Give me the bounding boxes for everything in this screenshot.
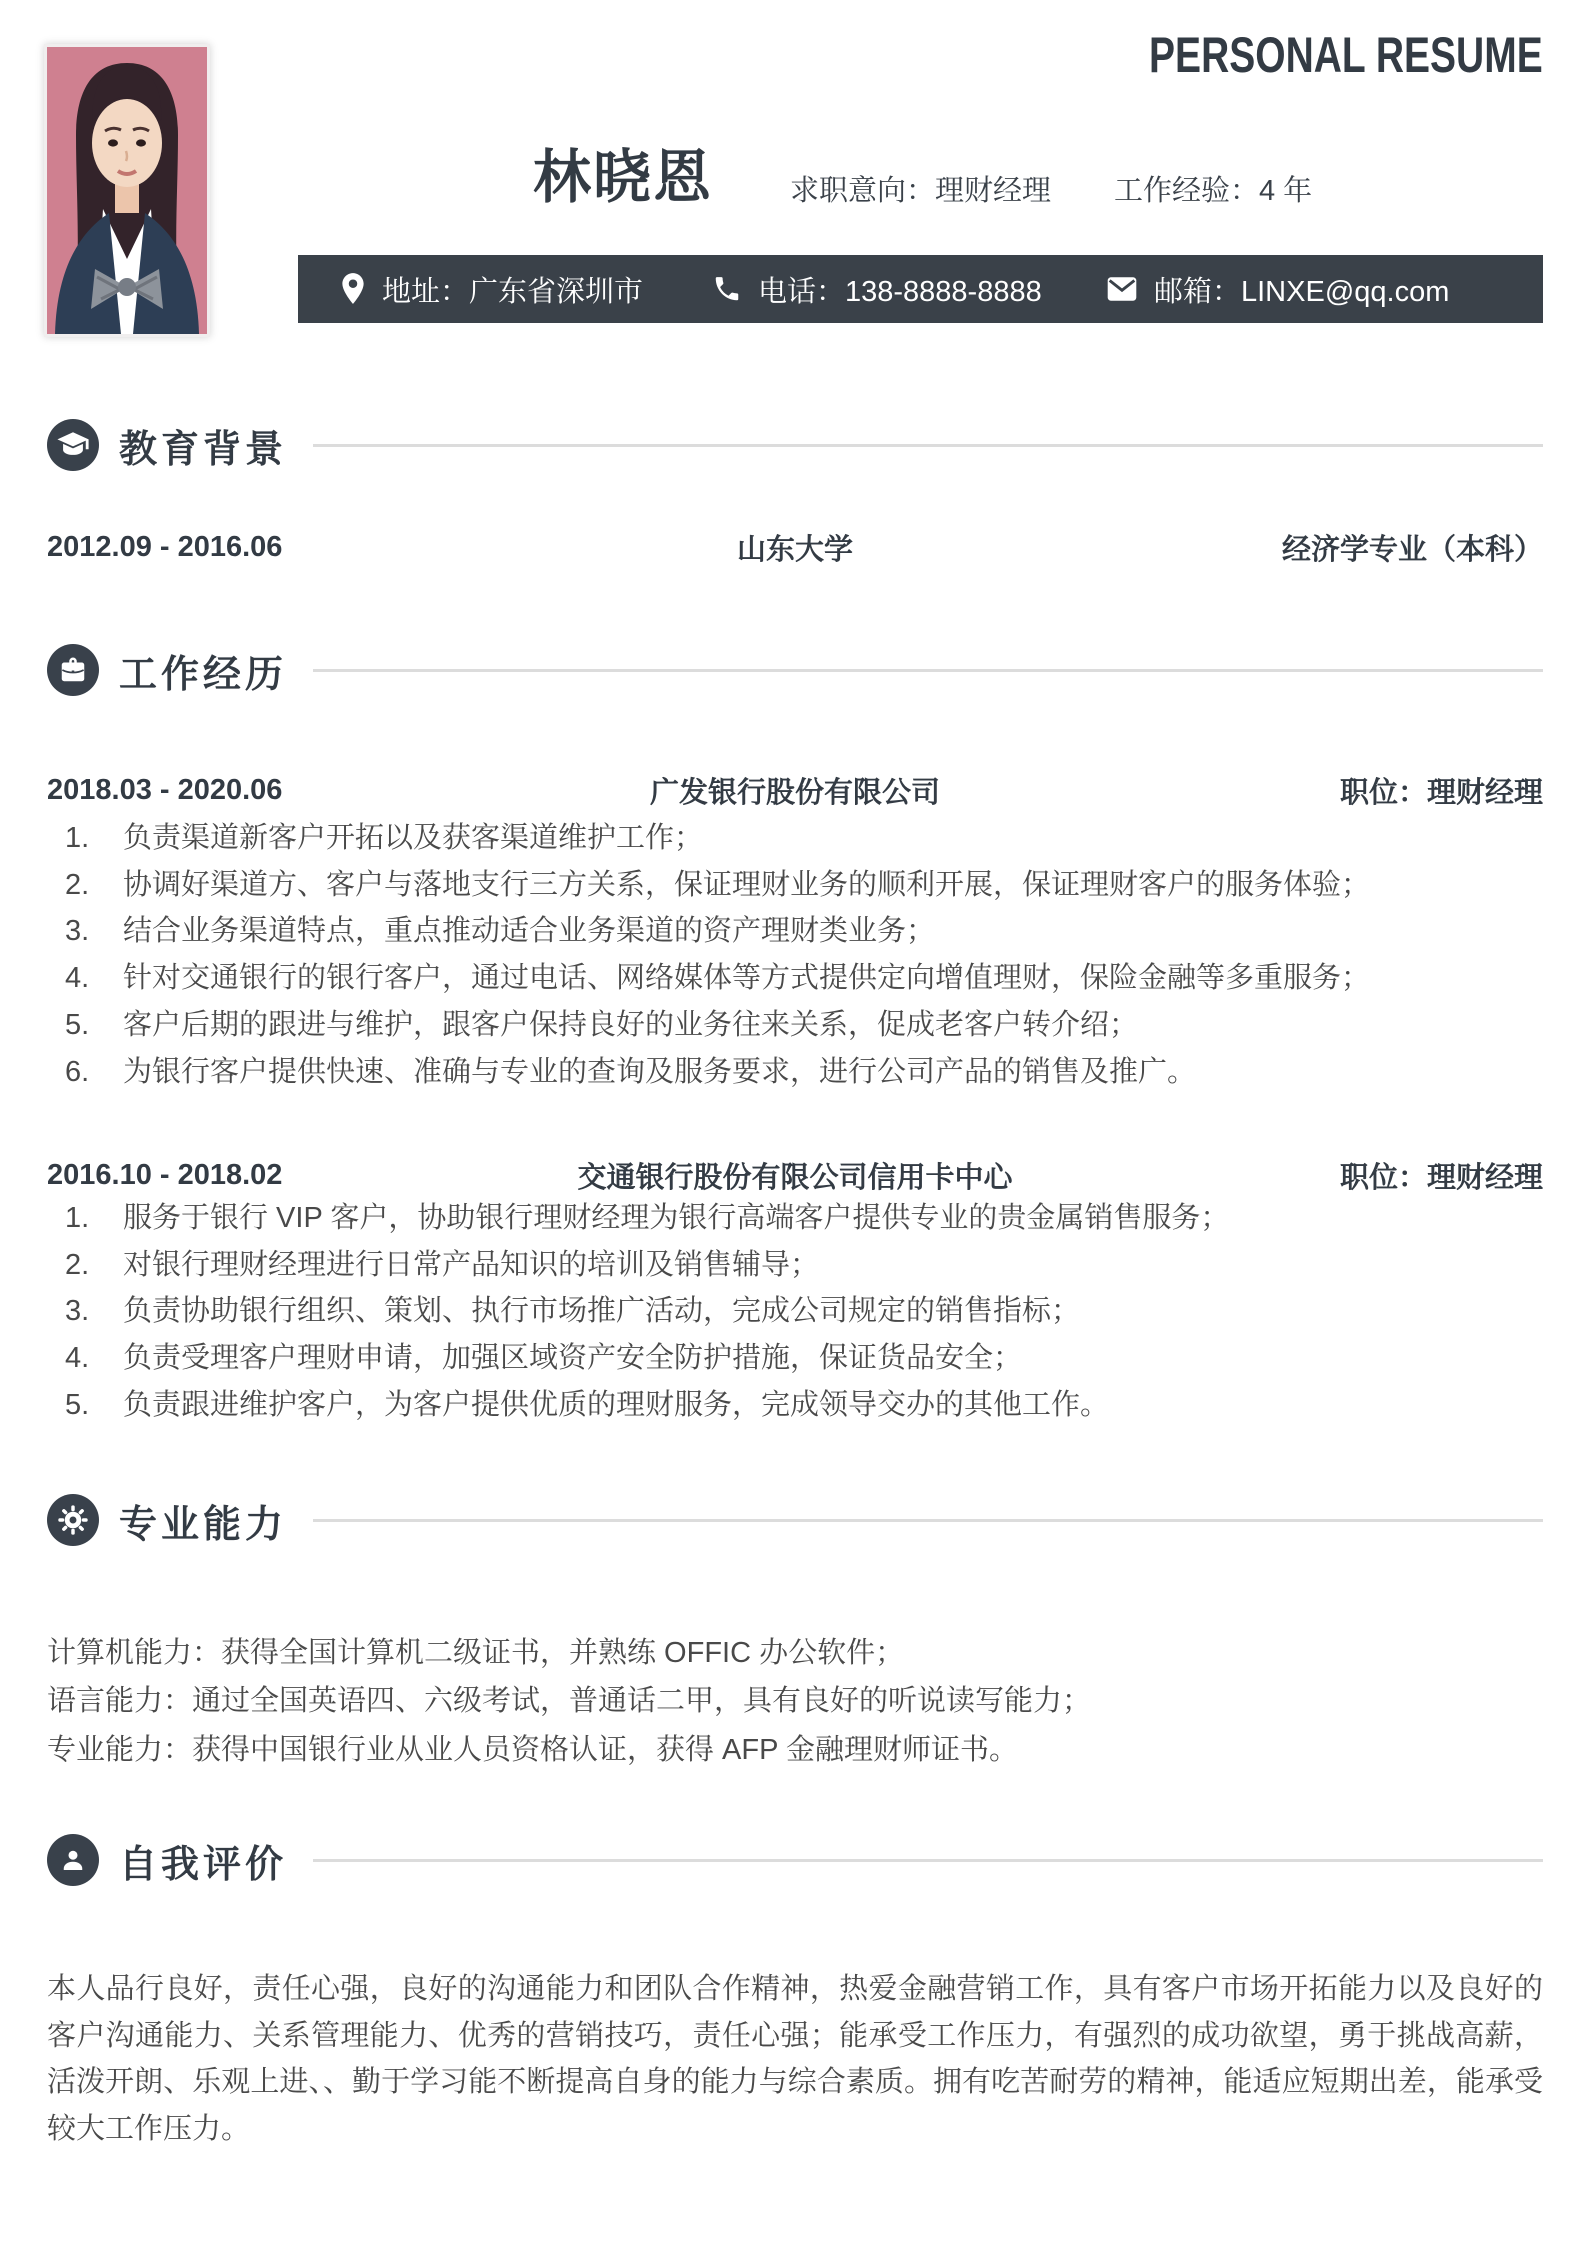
contact-email-text: 邮箱：LINXE@qq.com [1154, 269, 1449, 310]
list-item: 结合业务渠道特点，重点推动适合业务渠道的资产理财类业务； [65, 908, 1545, 955]
list-item: 针对交通银行的银行客户，通过电话、网络媒体等方式提供定向增值理财，保险金融等多重… [65, 955, 1545, 1002]
job-position: 职位：理财经理 [1203, 1155, 1543, 1196]
section-self-eval-header: 自我评价 [47, 1834, 1543, 1886]
work-experience-years: 工作经验：4 年 [1114, 168, 1312, 209]
list-item: 负责受理客户理财申请，加强区域资产安全防护措施，保证货品安全； [65, 1335, 1545, 1382]
graduation-cap-icon [47, 419, 99, 471]
job-position: 职位：理财经理 [1203, 770, 1543, 811]
briefcase-icon [47, 644, 99, 696]
contact-address-text: 地址：广东省深圳市 [382, 269, 643, 310]
job-period: 2018.03 - 2020.06 [47, 774, 387, 807]
job-duty-list: 负责渠道新客户开拓以及获客渠道维护工作； 协调好渠道方、客户与落地支行三方关系，… [65, 815, 1545, 1095]
list-item: 为银行客户提供快速、准确与专业的查询及服务要求，进行公司产品的销售及推广。 [65, 1049, 1545, 1096]
section-work-header: 工作经历 [47, 644, 1543, 696]
contact-bar: 地址：广东省深圳市 电话：138-8888-8888 邮箱：LINXE@qq.c… [298, 255, 1543, 323]
job-header: 2016.10 - 2018.02 交通银行股份有限公司信用卡中心 职位：理财经… [47, 1155, 1543, 1196]
job-company: 交通银行股份有限公司信用卡中心 [387, 1155, 1203, 1196]
job-intent: 求职意向：理财经理 [790, 168, 1051, 209]
job-duty-list: 服务于银行 VIP 客户，协助银行理财经理为银行高端客户提供专业的贵金属销售服务… [65, 1195, 1545, 1429]
list-item: 负责协助银行组织、策划、执行市场推广活动，完成公司规定的销售指标； [65, 1288, 1545, 1335]
gear-icon [47, 1494, 99, 1546]
contact-address: 地址：广东省深圳市 [340, 255, 643, 323]
page-title: PERSONAL RESUME [1149, 26, 1543, 84]
section-divider [313, 1519, 1543, 1522]
person-icon [47, 1834, 99, 1886]
section-divider [313, 669, 1543, 672]
portrait-illustration [47, 47, 207, 334]
education-period: 2012.09 - 2016.06 [47, 531, 387, 564]
phone-icon [712, 274, 742, 304]
resume-page: PERSONAL RESUME [0, 0, 1587, 2245]
list-item: 对银行理财经理进行日常产品知识的培训及销售辅导； [65, 1242, 1545, 1289]
list-item: 语言能力：通过全国英语四、六级考试，普通话二甲，具有良好的听说读写能力； [47, 1677, 1543, 1725]
list-item: 专业能力：获得中国银行业从业人员资格认证，获得 AFP 金融理财师证书。 [47, 1726, 1543, 1774]
self-evaluation-text: 本人品行良好，责任心强，良好的沟通能力和团队合作精神，热爱金融营销工作，具有客户… [47, 1966, 1543, 2153]
education-row: 2012.09 - 2016.06 山东大学 经济学专业（本科） [47, 527, 1543, 568]
envelope-icon [1106, 276, 1138, 302]
candidate-name: 林晓恩 [533, 130, 713, 214]
section-education-title: 教育背景 [119, 418, 287, 473]
profile-photo [44, 44, 210, 337]
section-skills-header: 专业能力 [47, 1494, 1543, 1546]
education-school: 山东大学 [387, 527, 1203, 568]
section-divider [313, 1859, 1543, 1862]
education-major: 经济学专业（本科） [1203, 527, 1543, 568]
contact-email: 邮箱：LINXE@qq.com [1106, 255, 1449, 323]
section-education-header: 教育背景 [47, 419, 1543, 471]
location-pin-icon [340, 272, 366, 306]
section-skills-title: 专业能力 [119, 1493, 287, 1548]
section-self-eval-title: 自我评价 [119, 1833, 287, 1888]
list-item: 服务于银行 VIP 客户，协助银行理财经理为银行高端客户提供专业的贵金属销售服务… [65, 1195, 1545, 1242]
list-item: 协调好渠道方、客户与落地支行三方关系，保证理财业务的顺利开展，保证理财客户的服务… [65, 862, 1545, 909]
contact-phone: 电话：138-8888-8888 [712, 255, 1042, 323]
skills-list: 计算机能力：获得全国计算机二级证书，并熟练 OFFIC 办公软件； 语言能力：通… [47, 1629, 1543, 1774]
list-item: 客户后期的跟进与维护，跟客户保持良好的业务往来关系，促成老客户转介绍； [65, 1002, 1545, 1049]
section-work-title: 工作经历 [119, 643, 287, 698]
section-divider [313, 444, 1543, 447]
job-company: 广发银行股份有限公司 [387, 770, 1203, 811]
list-item: 负责渠道新客户开拓以及获客渠道维护工作； [65, 815, 1545, 862]
contact-phone-text: 电话：138-8888-8888 [758, 269, 1042, 310]
job-header: 2018.03 - 2020.06 广发银行股份有限公司 职位：理财经理 [47, 770, 1543, 811]
list-item: 计算机能力：获得全国计算机二级证书，并熟练 OFFIC 办公软件； [47, 1629, 1543, 1677]
job-period: 2016.10 - 2018.02 [47, 1159, 387, 1192]
list-item: 负责跟进维护客户，为客户提供优质的理财服务，完成领导交办的其他工作。 [65, 1382, 1545, 1429]
